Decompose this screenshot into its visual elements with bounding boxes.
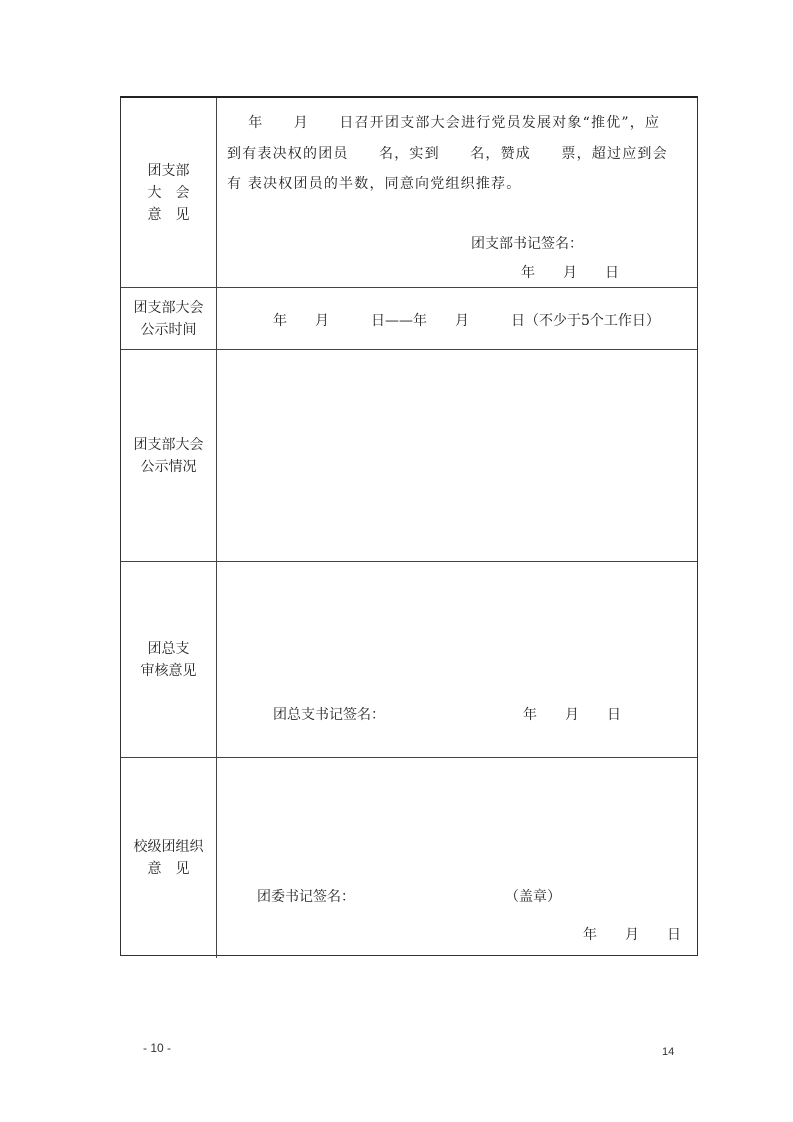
paragraph-line-3: 有 表决权团员的半数，同意向党组织推荐。 xyxy=(227,173,687,193)
branch-secretary-signature-label: 团支部书记签名： xyxy=(471,233,583,253)
general-branch-review-date: 年 月 日 xyxy=(523,704,621,724)
content-publicity-period[interactable]: 年 月 日——年 月 日（不少于5个工作日） xyxy=(217,288,697,349)
row-branch-meeting-opinion: 团支部 大 会 意 见 年 月 日召开团支部大会进行党员发展对象“推优”，应 到… xyxy=(121,98,697,288)
label-line: 公示时间 xyxy=(141,319,197,341)
label-line: 大 会 xyxy=(148,182,190,204)
row-publicity-status: 团支部大会 公示情况 xyxy=(121,350,697,562)
label-line: 公示情况 xyxy=(141,456,197,478)
league-committee-secretary-signature-label: 团委书记签名： xyxy=(257,886,355,906)
label-line: 团总支 xyxy=(148,638,190,660)
label-branch-meeting-opinion: 团支部 大 会 意 见 xyxy=(121,98,217,287)
content-general-branch-review[interactable]: 团总支书记签名： 年 月 日 xyxy=(217,562,697,757)
label-school-league-opinion: 校级团组织 意 见 xyxy=(121,758,217,958)
row-publicity-period: 团支部大会 公示时间 年 月 日——年 月 日（不少于5个工作日） xyxy=(121,288,697,350)
page-number: 14 xyxy=(662,1046,674,1058)
general-branch-secretary-signature-label: 团总支书记签名： xyxy=(273,704,385,724)
seal-label: （盖章） xyxy=(505,886,561,906)
label-general-branch-review: 团总支 审核意见 xyxy=(121,562,217,757)
content-school-league-opinion[interactable]: 团委书记签名： （盖章） 年 月 日 xyxy=(217,758,697,958)
label-publicity-status: 团支部大会 公示情况 xyxy=(121,350,217,561)
row-school-league-opinion: 校级团组织 意 见 团委书记签名： （盖章） 年 月 日 xyxy=(121,758,697,958)
label-line: 团支部大会 xyxy=(134,297,204,319)
page-footer-label: - 10 - xyxy=(143,1041,171,1055)
publicity-period-text: 年 月 日——年 月 日（不少于5个工作日） xyxy=(273,310,660,330)
school-league-opinion-date: 年 月 日 xyxy=(583,924,681,944)
branch-meeting-date: 年 月 日 xyxy=(521,262,619,282)
paragraph-line-2: 到有表决权的团员 名，实到 名，赞成 票，超过应到会 xyxy=(227,143,687,163)
recommendation-form-table: 团支部 大 会 意 见 年 月 日召开团支部大会进行党员发展对象“推优”，应 到… xyxy=(120,96,698,956)
label-line: 团支部 xyxy=(148,160,190,182)
content-branch-meeting-opinion[interactable]: 年 月 日召开团支部大会进行党员发展对象“推优”，应 到有表决权的团员 名，实到… xyxy=(217,98,697,287)
label-line: 团支部大会 xyxy=(134,434,204,456)
label-publicity-period: 团支部大会 公示时间 xyxy=(121,288,217,349)
label-line: 意 见 xyxy=(148,204,190,226)
label-line: 校级团组织 xyxy=(134,836,204,858)
paragraph-line-1: 年 月 日召开团支部大会进行党员发展对象“推优”，应 xyxy=(233,112,687,132)
label-line: 意 见 xyxy=(148,858,190,880)
row-general-branch-review: 团总支 审核意见 团总支书记签名： 年 月 日 xyxy=(121,562,697,758)
content-publicity-status[interactable] xyxy=(217,350,697,561)
label-line: 审核意见 xyxy=(141,660,197,682)
